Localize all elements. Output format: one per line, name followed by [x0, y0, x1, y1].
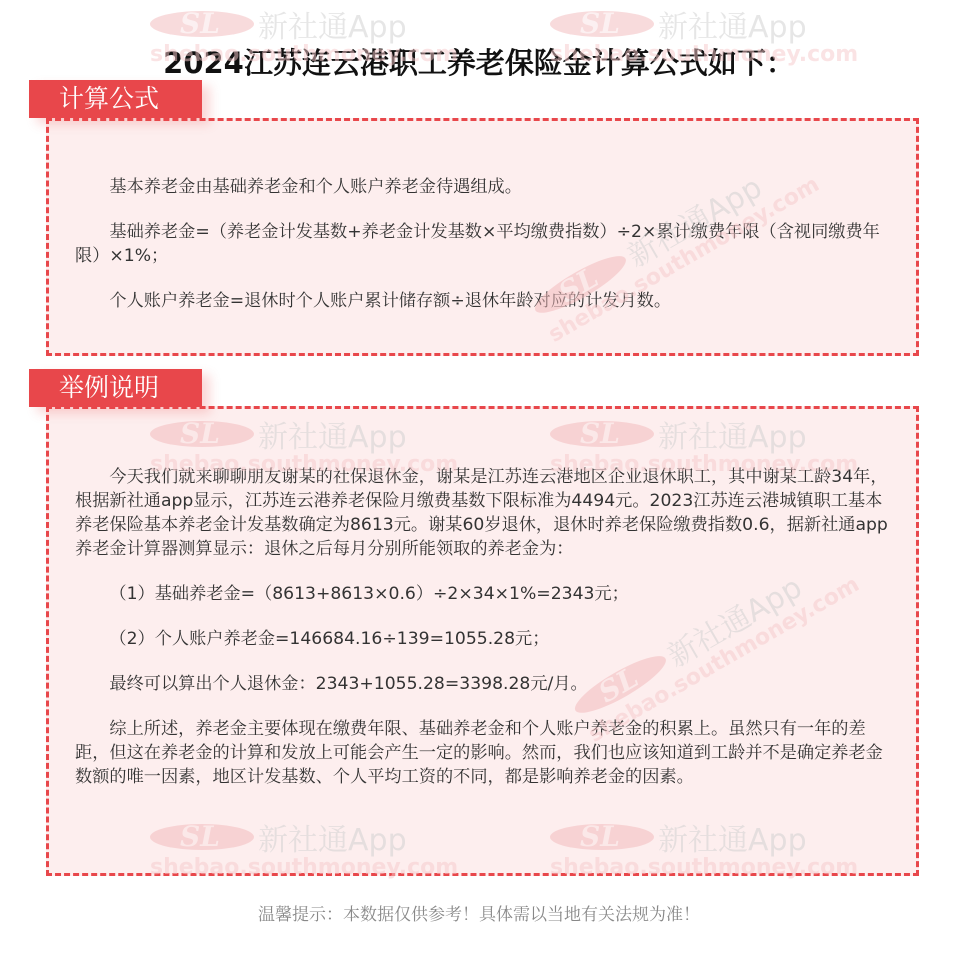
- formula-intro: 基本养老金由基础养老金和个人账户养老金待遇组成。: [75, 175, 900, 199]
- page-title: 2024江苏连云港职工养老保险金计算公式如下：: [0, 43, 958, 83]
- example-intro: 今天我们就来聊聊朋友谢某的社保退休金，谢某是江苏连云港地区企业退休职工，其中谢某…: [75, 465, 896, 561]
- example-step-2: （2）个人账户养老金=146684.16÷139=1055.28元；: [75, 627, 896, 651]
- disclaimer-note: 温馨提示：本数据仅供参考！具体需以当地有关法规为准！: [0, 900, 958, 925]
- section-tab-formula: 计算公式: [29, 80, 202, 118]
- formula-basic-pension: 基础养老金=（养老金计发基数+养老金计发基数×平均缴费指数）÷2×累计缴费年限（…: [75, 220, 900, 268]
- formula-personal-account: 个人账户养老金=退休时个人账户累计储存额÷退休年龄对应的计发月数。: [75, 289, 900, 313]
- section-tab-example: 举例说明: [29, 369, 202, 407]
- watermark-logo-icon: [550, 11, 654, 37]
- example-step-1: （1）基础养老金=（8613+8613×0.6）÷2×34×1%=2343元；: [75, 582, 896, 606]
- formula-box: 基本养老金由基础养老金和个人账户养老金待遇组成。 基础养老金=（养老金计发基数+…: [46, 118, 919, 356]
- example-summary: 综上所述，养老金主要体现在缴费年限、基础养老金和个人账户养老金的积累上。虽然只有…: [75, 717, 896, 789]
- example-total: 最终可以算出个人退休金：2343+1055.28=3398.28元/月。: [75, 672, 896, 696]
- example-box: 今天我们就来聊聊朋友谢某的社保退休金，谢某是江苏连云港地区企业退休职工，其中谢某…: [46, 406, 919, 876]
- watermark-logo-icon: [150, 11, 254, 37]
